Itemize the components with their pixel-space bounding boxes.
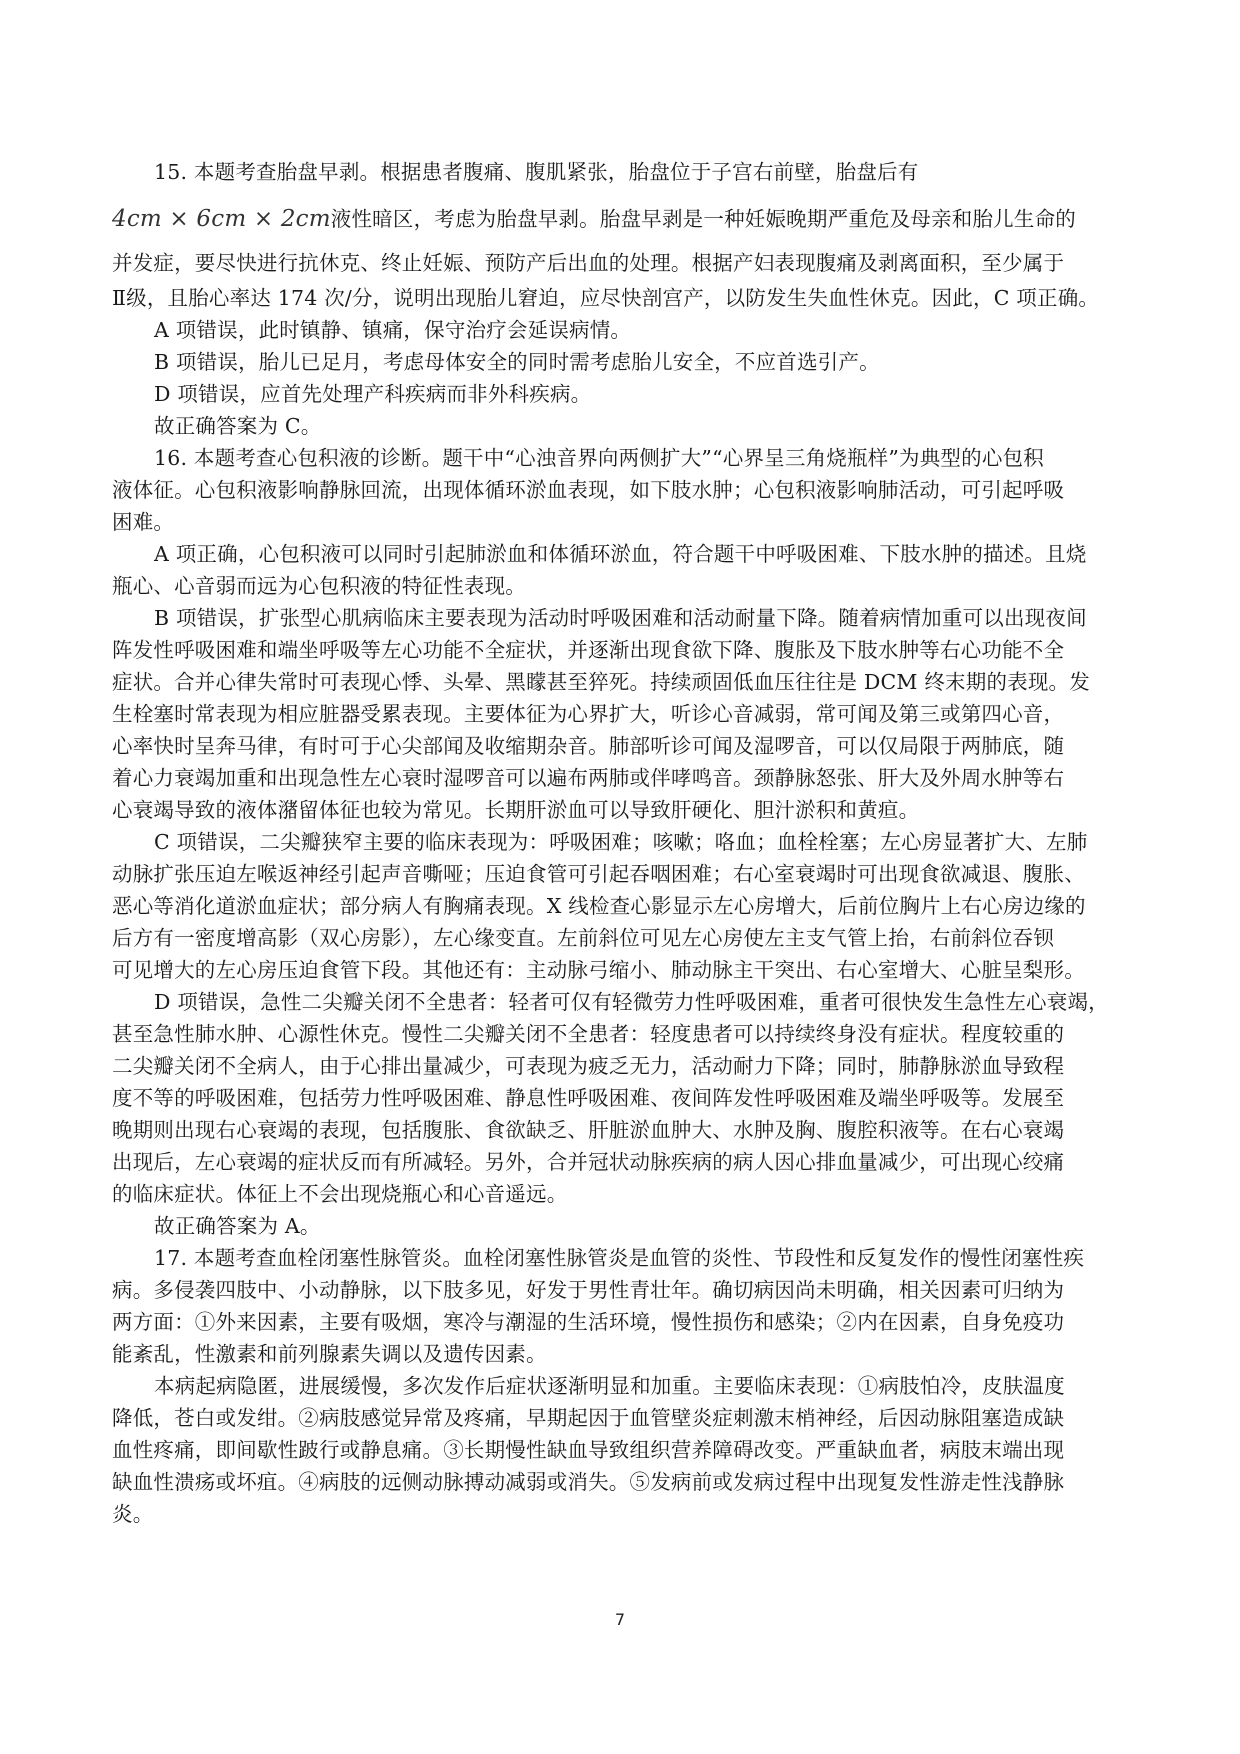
q16-option-c-line: C 项错误，二尖瓣狭窄主要的临床表现为：呼吸困难；咳嗽；咯血；血栓栓塞；左心房显… bbox=[112, 826, 1128, 858]
q16-option-b-line: 心率快时呈奔马律，有时可于心尖部闻及收缩期杂音。肺部听诊可闻及湿啰音，可以仅局限… bbox=[112, 730, 1128, 762]
q17-clinical-line: 降低，苍白或发绀。②病肢感觉异常及疼痛，早期起因于血管壁炎症刺激末梢神经，后因动… bbox=[112, 1402, 1128, 1434]
q15-line-2: 4cm × 6cm × 2cm液性暗区，考虑为胎盘早剥。胎盘早剥是一种妊娠晚期严… bbox=[112, 194, 1128, 244]
q17-clinical-line: 缺血性溃疡或坏疽。④病肢的远侧动脉搏动减弱或消失。⑤发病前或发病过程中出现复发性… bbox=[112, 1466, 1128, 1498]
q17-intro-line: 能紊乱，性激素和前列腺素失调以及遗传因素。 bbox=[112, 1338, 1128, 1370]
q15-option-d: D 项错误，应首先处理产科疾病而非外科疾病。 bbox=[112, 378, 1128, 410]
q16-option-b-line: 症状。合并心律失常时可表现心悸、头晕、黑矇甚至猝死。持续顽固低血压往往是 DCM… bbox=[112, 666, 1128, 698]
q15-line-1: 15. 本题考查胎盘早剥。根据患者腹痛、腹肌紧张，胎盘位于子宫右前壁，胎盘后有 bbox=[112, 150, 1128, 194]
q17-intro-line: 病。多侵袭四肢中、小动静脉，以下肢多见，好发于男性青壮年。确切病因尚未明确，相关… bbox=[112, 1274, 1128, 1306]
q16-option-c-line: 后方有一密度增高影（双心房影），左心缘变直。左前斜位可见左心房使左主支气管上抬，… bbox=[112, 922, 1128, 954]
q16-intro-line: 液体征。心包积液影响静脉回流，出现体循环淤血表现，如下肢水肿；心包积液影响肺活动… bbox=[112, 474, 1128, 506]
q17-intro-line: 17. 本题考查血栓闭塞性脉管炎。血栓闭塞性脉管炎是血管的炎性、节段性和反复发作… bbox=[112, 1242, 1128, 1274]
q16-option-d-line: 二尖瓣关闭不全病人，由于心排出量减少，可表现为疲乏无力，活动耐力下降；同时，肺静… bbox=[112, 1050, 1128, 1082]
page-number: 7 bbox=[0, 1610, 1240, 1629]
q16-option-c-line: 可见增大的左心房压迫食管下段。其他还有：主动脉弓缩小、肺动脉主干突出、右心室增大… bbox=[112, 954, 1128, 986]
q15-line-3: 并发症，要尽快进行抗休克、终止妊娠、预防产后出血的处理。根据产妇表现腹痛及剥离面… bbox=[112, 244, 1128, 282]
q16-option-b-line: B 项错误，扩张型心肌病临床主要表现为活动时呼吸困难和活动耐量下降。随着病情加重… bbox=[112, 602, 1128, 634]
q16-option-b-line: 心衰竭导致的液体潴留体征也较为常见。长期肝淤血可以导致肝硬化、胆汁淤积和黄疸。 bbox=[112, 794, 1128, 826]
q15-option-b: B 项错误，胎儿已足月，考虑母体安全的同时需考虑胎儿安全，不应首选引产。 bbox=[112, 346, 1128, 378]
question-16: 16. 本题考查心包积液的诊断。题干中“心浊音界向两侧扩大”“心界呈三角烧瓶样”… bbox=[112, 442, 1128, 1242]
q17-clinical-line: 血性疼痛，即间歇性跛行或静息痛。③长期慢性缺血导致组织营养障碍改变。严重缺血者，… bbox=[112, 1434, 1128, 1466]
q16-intro-line: 困难。 bbox=[112, 506, 1128, 538]
q15-answer: 故正确答案为 C。 bbox=[112, 410, 1128, 442]
q16-option-b-line: 生栓塞时常表现为相应脏器受累表现。主要体征为心界扩大，听诊心音减弱，常可闻及第三… bbox=[112, 698, 1128, 730]
q17-clinical-line: 炎。 bbox=[112, 1498, 1128, 1530]
q16-intro-line: 16. 本题考查心包积液的诊断。题干中“心浊音界向两侧扩大”“心界呈三角烧瓶样”… bbox=[112, 442, 1128, 474]
q16-option-d-line: 晚期则出现右心衰竭的表现，包括腹胀、食欲缺乏、肝脏淤血肿大、水肿及胸、腹腔积液等… bbox=[112, 1114, 1128, 1146]
q16-option-c-line: 恶心等消化道淤血症状；部分病人有胸痛表现。X 线检查心影显示左心房增大，后前位胸… bbox=[112, 890, 1128, 922]
q16-option-c-line: 动脉扩张压迫左喉返神经引起声音嘶哑；压迫食管可引起吞咽困难；右心室衰竭时可出现食… bbox=[112, 858, 1128, 890]
q16-option-a-line: A 项正确，心包积液可以同时引起肺淤血和体循环淤血，符合题干中呼吸困难、下肢水肿… bbox=[112, 538, 1128, 570]
q16-option-d-line: 甚至急性肺水肿、心源性休克。慢性二尖瓣关闭不全患者：轻度患者可以持续终身没有症状… bbox=[112, 1018, 1128, 1050]
question-17: 17. 本题考查血栓闭塞性脉管炎。血栓闭塞性脉管炎是血管的炎性、节段性和反复发作… bbox=[112, 1242, 1128, 1530]
q17-clinical-line: 本病起病隐匿，进展缓慢，多次发作后症状逐渐明显和加重。主要临床表现：①病肢怕冷，… bbox=[112, 1370, 1128, 1402]
document-page: 15. 本题考查胎盘早剥。根据患者腹痛、腹肌紧张，胎盘位于子宫右前壁，胎盘后有 … bbox=[112, 150, 1128, 1530]
q16-option-b-line: 阵发性呼吸困难和端坐呼吸等左心功能不全症状，并逐渐出现食欲下降、腹胀及下肢水肿等… bbox=[112, 634, 1128, 666]
q15-line-4: Ⅱ级，且胎心率达 174 次/分，说明出现胎儿窘迫，应尽快剖宫产，以防发生失血性… bbox=[112, 282, 1128, 314]
q16-option-d-line: 出现后，左心衰竭的症状反而有所减轻。另外，合并冠状动脉疾病的病人因心排血量减少，… bbox=[112, 1146, 1128, 1178]
q15-line-2-text: 液性暗区，考虑为胎盘早剥。胎盘早剥是一种妊娠晚期严重危及母亲和胎儿生命的 bbox=[331, 207, 1076, 231]
q16-option-a-line: 瓶心、心音弱而远为心包积液的特征性表现。 bbox=[112, 570, 1128, 602]
q16-option-d-line: D 项错误，急性二尖瓣关闭不全患者：轻者可仅有轻微劳力性呼吸困难，重者可很快发生… bbox=[112, 986, 1128, 1018]
q16-option-b-line: 着心力衰竭加重和出现急性左心衰时湿啰音可以遍布两肺或伴哮鸣音。颈静脉怒张、肝大及… bbox=[112, 762, 1128, 794]
q17-intro-line: 两方面：①外来因素，主要有吸烟，寒冷与潮湿的生活环境，慢性损伤和感染；②内在因素… bbox=[112, 1306, 1128, 1338]
q16-answer: 故正确答案为 A。 bbox=[112, 1210, 1128, 1242]
q16-option-d-line: 度不等的呼吸困难，包括劳力性呼吸困难、静息性呼吸困难、夜间阵发性呼吸困难及端坐呼… bbox=[112, 1082, 1128, 1114]
q16-option-d-line: 的临床症状。体征上不会出现烧瓶心和心音遥远。 bbox=[112, 1178, 1128, 1210]
q15-option-a: A 项错误，此时镇静、镇痛，保守治疗会延误病情。 bbox=[112, 314, 1128, 346]
dimension-formula: 4cm × 6cm × 2cm bbox=[112, 206, 331, 232]
question-15: 15. 本题考查胎盘早剥。根据患者腹痛、腹肌紧张，胎盘位于子宫右前壁，胎盘后有 … bbox=[112, 150, 1128, 442]
